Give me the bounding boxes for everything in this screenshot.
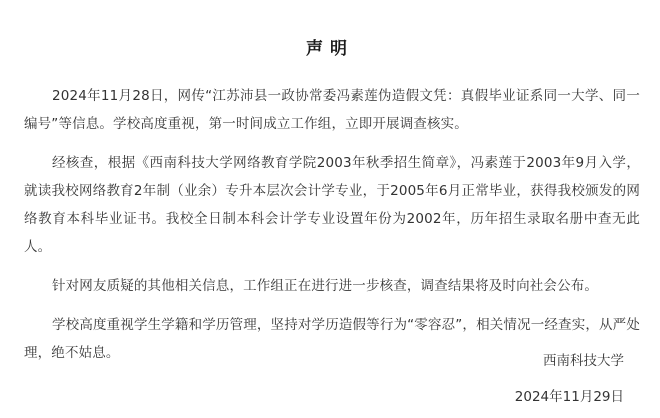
signature-date: 2024年11月29日 (515, 379, 624, 415)
paragraph-rumor: 2024年11月28日，网传“江苏沛县一政协常委冯素莲伪造假文凭：真假毕业证系同… (24, 82, 640, 138)
statement-title: 声明 (0, 34, 660, 59)
signature-block: 西南科技大学 2024年11月29日 (515, 343, 624, 415)
paragraph-findings: 经核查，根据《西南科技大学网络教育学院2003年秋季招生简章》，冯素莲于2003… (24, 149, 640, 261)
signature-organization: 西南科技大学 (515, 343, 624, 379)
statement-body: 2024年11月28日，网传“江苏沛县一政协常委冯素莲伪造假文凭：真假毕业证系同… (24, 82, 640, 378)
paragraph-further-review: 针对网友质疑的其他相关信息，工作组正在进行进一步核查，调查结果将及时向社会公布。 (24, 272, 640, 300)
